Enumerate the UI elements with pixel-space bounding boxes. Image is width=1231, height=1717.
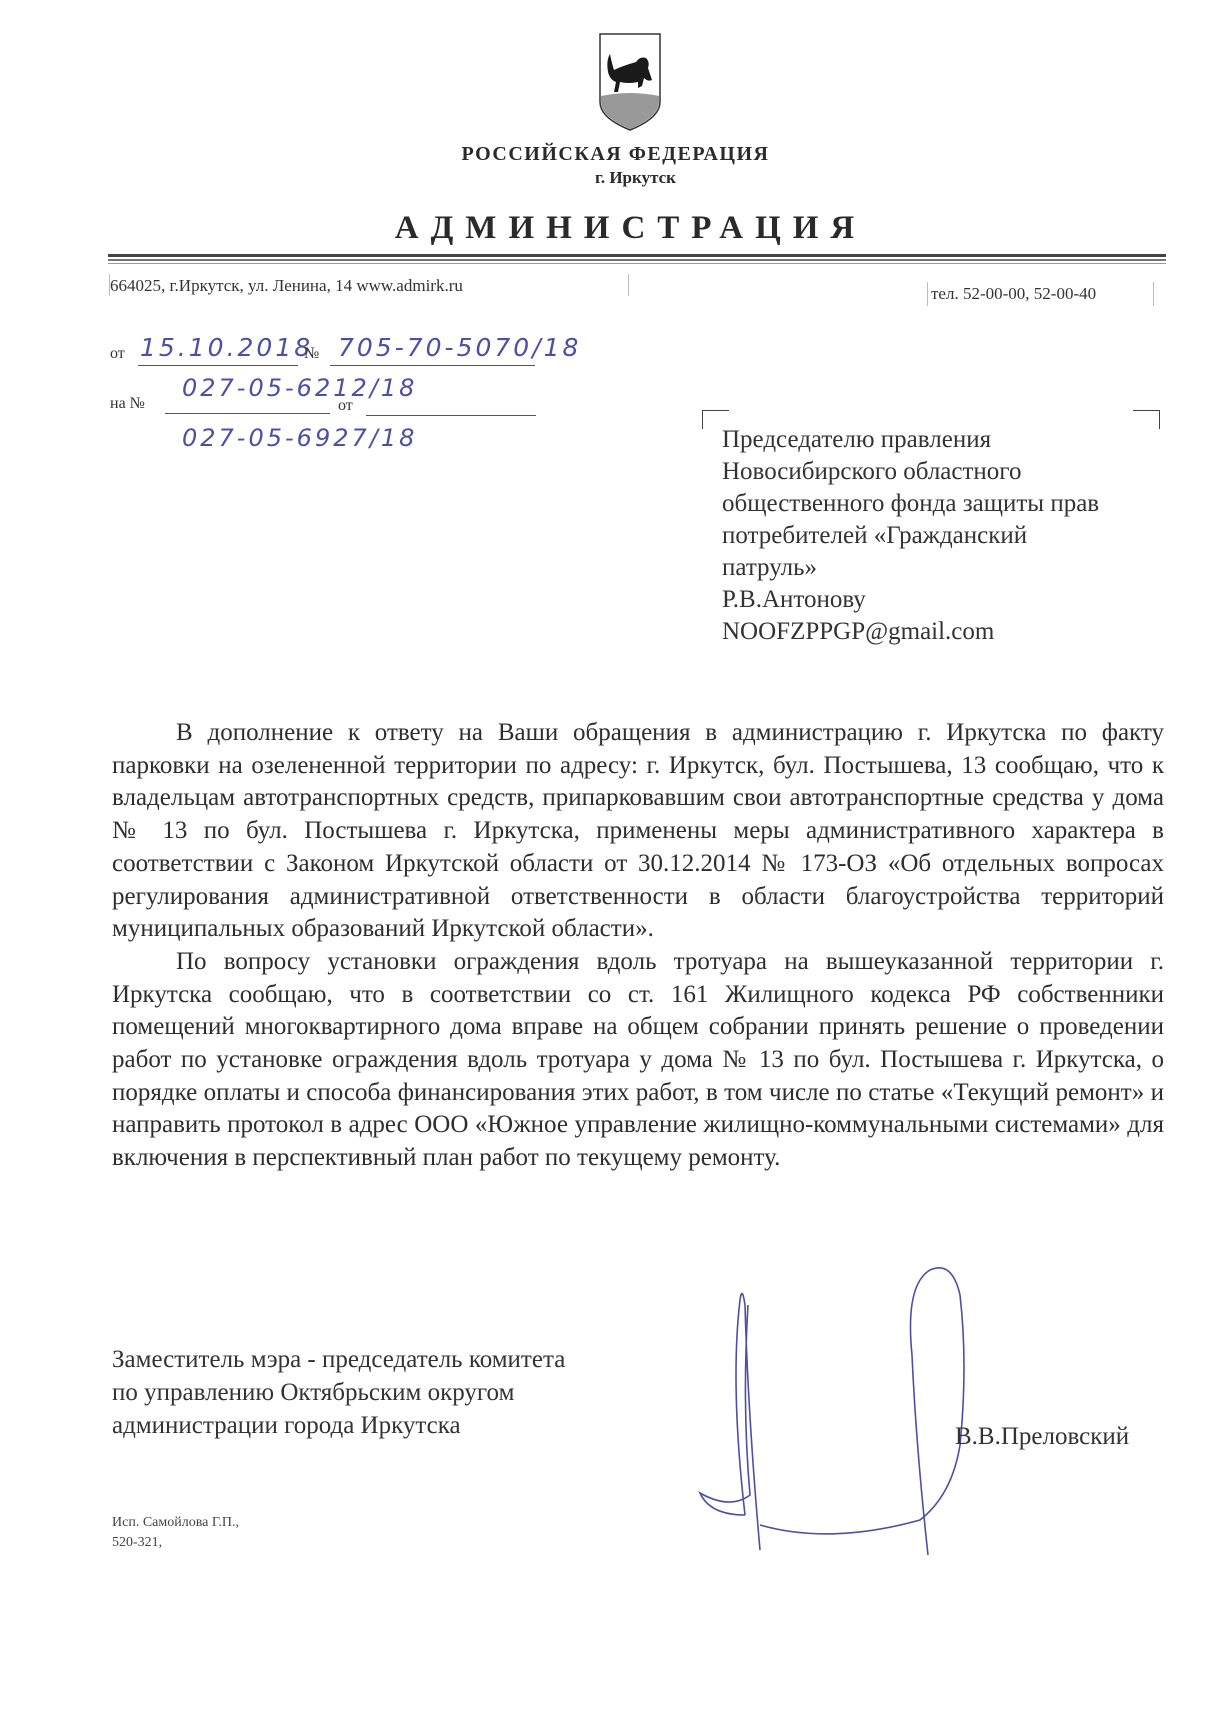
divider bbox=[628, 274, 629, 296]
header-rule bbox=[108, 259, 1166, 261]
header-rule bbox=[108, 263, 1166, 264]
addressee-line: Председателю правления bbox=[722, 424, 1099, 456]
reply-number-value: 027-05-6927/18 bbox=[182, 424, 417, 452]
executor-name: Исп. Самойлова Г.П., bbox=[112, 1513, 239, 1533]
date-label: от bbox=[110, 345, 125, 363]
signatory-name: В.В.Преловский bbox=[955, 1423, 1129, 1451]
letter-body: В дополнение к ответу на Ваши обращения … bbox=[112, 717, 1164, 1175]
header-rule bbox=[108, 254, 1166, 257]
number-label: № bbox=[304, 345, 319, 363]
address-corner-mark bbox=[1133, 410, 1160, 429]
postal-address: 664025, г.Иркутск, ул. Ленина, 14 www.ad… bbox=[110, 276, 463, 296]
executor-info: Исп. Самойлова Г.П., 520-321, bbox=[112, 1513, 239, 1553]
country-name: РОССИЙСКАЯ ФЕДЕРАЦИЯ bbox=[0, 143, 1231, 166]
city-name: г. Иркутск bbox=[0, 168, 1231, 188]
executor-phone: 520-321, bbox=[112, 1533, 239, 1553]
phone-numbers: тел. 52-00-00, 52-00-40 bbox=[931, 284, 1096, 304]
addressee-name: Р.В.Антонову bbox=[722, 584, 1099, 616]
addressee-line: общественного фонда защиты прав bbox=[722, 488, 1099, 520]
addressee-email: NOOFZPPGP@gmail.com bbox=[722, 616, 1099, 648]
divider bbox=[1153, 282, 1154, 306]
addressee-line: потребителей «Гражданский bbox=[722, 520, 1099, 552]
addressee-line: Новосибирского областного bbox=[722, 456, 1099, 488]
number-value: 705-70-5070/18 bbox=[338, 333, 581, 362]
addressee-line: патруль» bbox=[722, 552, 1099, 584]
reply-number-value: 027-05-6212/18 bbox=[182, 374, 417, 402]
body-paragraph: В дополнение к ответу на Ваши обращения … bbox=[112, 717, 1164, 946]
date-value: 15.10.2018 bbox=[140, 333, 313, 362]
body-paragraph: По вопросу установки ограждения вдоль тр… bbox=[112, 946, 1164, 1175]
signatory-title-line: Заместитель мэра - председатель комитета bbox=[112, 1343, 565, 1376]
signatory-title-line: администрации города Иркутска bbox=[112, 1409, 565, 1442]
reply-number-label: на № bbox=[110, 395, 145, 413]
coat-of-arms-icon bbox=[598, 32, 662, 132]
signatory-title-line: по управлению Октябрьским округом bbox=[112, 1376, 565, 1409]
signatory-title: Заместитель мэра - председатель комитета… bbox=[112, 1343, 565, 1442]
organization-title: АДМИНИСТРАЦИЯ bbox=[0, 210, 1231, 247]
handwritten-signature-icon bbox=[690, 1265, 1040, 1555]
addressee-block: Председателю правления Новосибирского об… bbox=[722, 424, 1099, 648]
divider bbox=[927, 282, 928, 306]
